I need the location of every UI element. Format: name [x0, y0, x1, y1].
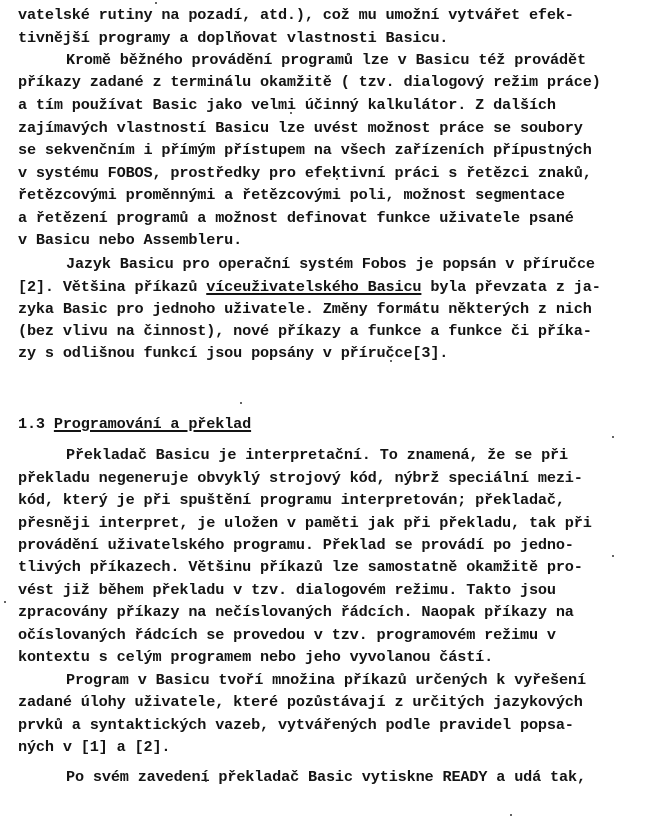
text-line: překladu negeneruje obvyklý strojový kód…: [18, 468, 583, 488]
text-line: vést již během překladu v tzv. dialogové…: [18, 580, 556, 600]
scan-speck: [240, 402, 242, 404]
text-line: prvků a syntaktických vazeb, vytvářených…: [18, 715, 574, 735]
text-line: řetězcovými proměnnými a řetězcovými pol…: [18, 185, 565, 205]
text-line: Jazyk Basicu pro operační systém Fobos j…: [66, 254, 595, 274]
text-line: Překladač Basicu je interpretační. To zn…: [66, 445, 568, 465]
text-line: se sekvenčním i přímým přístupem na všec…: [18, 140, 592, 160]
text-line: zadané úlohy uživatele, které pozůstávaj…: [18, 692, 583, 712]
text-line: zy s odlišnou funkcí jsou popsány v přír…: [18, 343, 448, 363]
scan-speck: [290, 112, 292, 114]
scan-speck: [155, 2, 157, 4]
text-line: a řetězení programů a možnost definovat …: [18, 208, 574, 228]
text-line: provádění uživatelského programu. Překla…: [18, 535, 574, 555]
scan-speck: [205, 780, 207, 782]
underlined-term: víceuživatelského Basicu: [206, 278, 421, 296]
text-line: kód, který je při spuštění programu inte…: [18, 490, 565, 510]
text-line: Program v Basicu tvoří množina příkazů u…: [66, 670, 586, 690]
text-line: Po svém zavedení překladač Basic vytiskn…: [66, 767, 586, 787]
text-line: příkazy zadané z terminálu okamžitě ( tz…: [18, 72, 601, 92]
text-line: (bez vlivu na činnost), nové příkazy a f…: [18, 321, 592, 341]
text-line: tlivých příkazech. Většinu příkazů lze s…: [18, 557, 583, 577]
text-line: v Basicu nebo Assembleru.: [18, 230, 242, 250]
section-number: 1.3: [18, 415, 45, 433]
text-line: zajímavých vlastností Basicu lze uvést m…: [18, 118, 583, 138]
scan-speck: [510, 814, 512, 816]
text-line: a tím používat Basic jako velmi účinný k…: [18, 95, 556, 115]
text-line: [2]. Většina příkazů víceuživatelského B…: [18, 277, 601, 297]
text-line: kontextu s celým programem nebo jeho vyv…: [18, 647, 493, 667]
text-line: ných v [1] a [2].: [18, 737, 170, 757]
text-line: zpracovány příkazy na nečíslovaných řádc…: [18, 602, 574, 622]
text-line: přesněji interpret, je uložen v paměti j…: [18, 513, 592, 533]
text-segment: byla převzata z ja-: [421, 278, 600, 296]
scan-speck: [612, 555, 614, 557]
text-line: Kromě běžného provádění programů lze v B…: [66, 50, 586, 70]
text-line: vatelské rutiny na pozadí, atd.), což mu…: [18, 5, 574, 25]
scan-speck: [612, 436, 614, 438]
text-line: očíslovaných řádcích se provedou v tzv. …: [18, 625, 556, 645]
text-segment: [2]. Většina příkazů: [18, 278, 206, 296]
section-heading: 1.3 Programování a překlad: [18, 414, 251, 434]
scan-speck: [390, 360, 392, 362]
text-line: zyka Basic pro jednoho uživatele. Změny …: [18, 299, 592, 319]
scan-speck: [4, 601, 6, 603]
text-line: tivnější programy a doplňovat vlastnosti…: [18, 28, 448, 48]
section-title: Programování a překlad: [54, 415, 251, 433]
typewritten-page: vatelské rutiny na pozadí, atd.), což mu…: [0, 0, 650, 820]
text-line: v systému FOBOS, prostředky pro efektivn…: [18, 163, 592, 183]
scan-speck: [336, 178, 338, 180]
